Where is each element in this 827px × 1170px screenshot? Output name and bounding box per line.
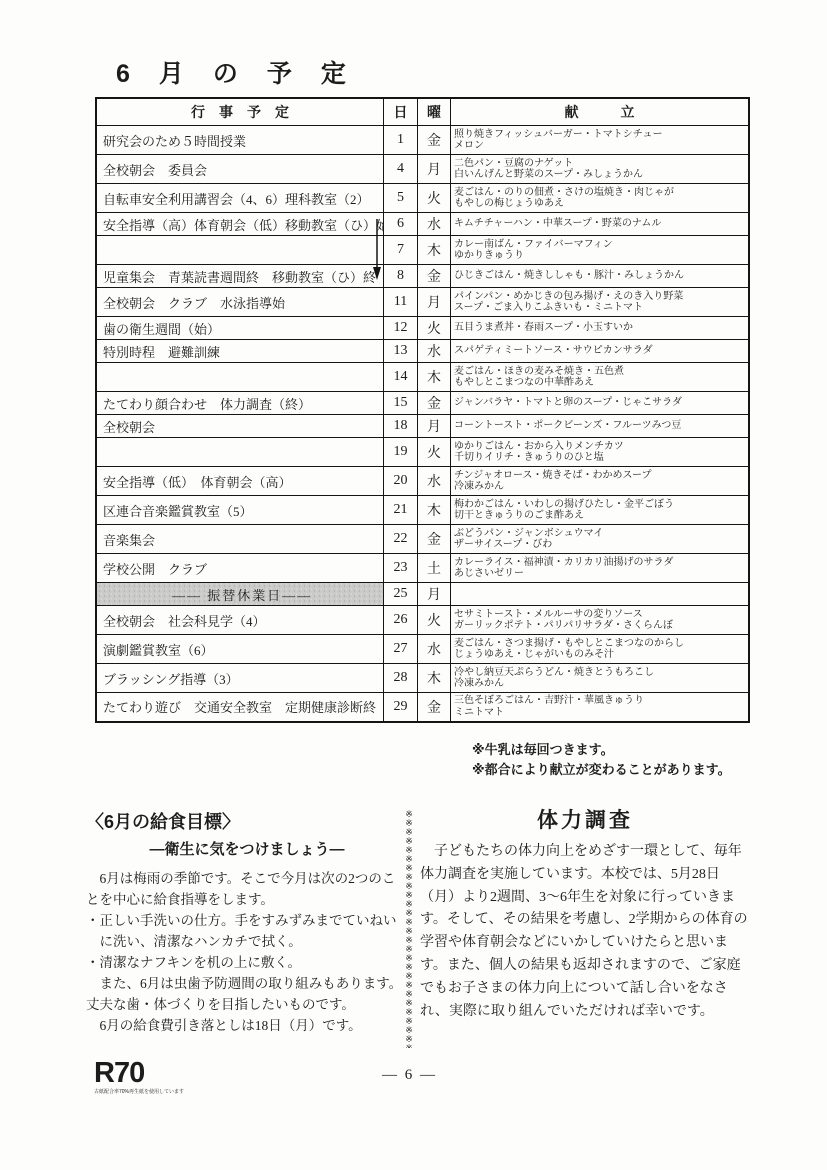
menu-cell: ジャンバラヤ・トマトと卵のスープ・じゃこサラダ: [451, 392, 750, 415]
menu-cell: 麦ごはん・ほきの麦みそ焼き・五色煮 もやしとこまつなの中華酢あえ: [451, 363, 750, 392]
schedule-table: 行 事 予 定 日 曜 献 立 研究会のため５時間授業 1 金 照り焼きフィッシ…: [95, 97, 750, 723]
table-row: 14 木 麦ごはん・ほきの麦みそ焼き・五色煮 もやしとこまつなの中華酢あえ: [96, 363, 749, 392]
weekday-cell: 金: [418, 265, 451, 288]
date-cell: 25: [384, 583, 418, 606]
menu-cell: 照り焼きフィッシュバーガー・トマトシチュー メロン: [451, 126, 750, 155]
note-menu-change: ※都合により献立が変わることがあります。: [472, 760, 731, 780]
date-cell: 19: [384, 438, 418, 467]
header-weekday: 曜: [418, 98, 451, 126]
event-cell: 自転車安全利用講習会（4、6）理科教室（2）: [96, 184, 384, 213]
event-cell: 全校朝会 委員会: [96, 155, 384, 184]
menu-cell: ゆかりごはん・おから入りメンチカツ 千切りイリチ・きゅうりのひと塩: [451, 438, 750, 467]
event-cell: 全校朝会 クラブ 水泳指導始: [96, 288, 384, 317]
goal-paragraph: また、6月は虫歯予防週間の取り組みもあります。丈夫な歯・体づくりを目指したいもの…: [86, 973, 408, 1015]
menu-cell: 五目うま煮丼・春雨スープ・小玉すいか: [451, 317, 750, 340]
header-day: 日: [384, 98, 418, 126]
event-cell: 演劇鑑賞教室（6）: [96, 635, 384, 664]
table-row: 自転車安全利用講習会（4、6）理科教室（2） 5 火 麦ごはん・のりの佃煮・さけ…: [96, 184, 749, 213]
menu-cell: 二色パン・豆腐のナゲット 白いんげんと野菜のスープ・みしょうかん: [451, 155, 750, 184]
event-cell: たてわり顔合わせ 体力調査（終）: [96, 392, 384, 415]
goal-bullet: ・正しい手洗いの仕方。手をすみずみまでていねいに洗い、清潔なハンカチで拭く。: [86, 910, 408, 952]
table-row: 歯の衛生週間（始） 12 火 五目うま煮丼・春雨スープ・小玉すいか: [96, 317, 749, 340]
lunch-goal-body: 6月は梅雨の季節です。そこで今月は次の2つのことを中心に給食指導をします。 ・正…: [86, 868, 408, 1036]
date-cell: 29: [384, 693, 418, 722]
menu-cell: チンジャオロース・焼きそば・わかめスープ 冷凍みかん: [451, 467, 750, 496]
table-row: 研究会のため５時間授業 1 金 照り焼きフィッシュバーガー・トマトシチュー メロ…: [96, 126, 749, 155]
table-row: 7 木 カレー南ばん・ファイバーマフィン ゆかりきゅうり: [96, 236, 749, 265]
weekday-cell: 金: [418, 525, 451, 554]
event-cell: [96, 236, 384, 265]
table-notes: ※牛乳は毎回つきます。 ※都合により献立が変わることがあります。: [472, 740, 731, 780]
menu-cell: カレー南ばん・ファイバーマフィン ゆかりきゅうり: [451, 236, 750, 265]
event-cell: 区連合音楽鑑賞教室（5）: [96, 496, 384, 525]
weekday-cell: 金: [418, 693, 451, 722]
menu-cell: 麦ごはん・さつま揚げ・もやしとこまつなのからし じょうゆあえ・じゃがいものみそ汁: [451, 635, 750, 664]
date-cell: 11: [384, 288, 418, 317]
event-cell: 児童集会 青葉読書週間終 移動教室（ひ）終: [96, 265, 384, 288]
weekday-cell: 火: [418, 438, 451, 467]
date-cell: 15: [384, 392, 418, 415]
schedule-table-wrap: 行 事 予 定 日 曜 献 立 研究会のため５時間授業 1 金 照り焼きフィッシ…: [95, 97, 741, 723]
table-row: 全校朝会 クラブ 水泳指導始 11 月 パインパン・めかじきの包み揚げ・えのき入…: [96, 288, 749, 317]
menu-cell: ぶどうパン・ジャンボシュウマイ ザーサイスープ・びわ: [451, 525, 750, 554]
event-cell: 安全指導（高）体育朝会（低）移動教室（ひ）始: [96, 213, 384, 236]
menu-cell: セサミトースト・メルルーサの変りソース ガーリックポテト・パリパリサラダ・さくら…: [451, 606, 750, 635]
weekday-cell: 水: [418, 213, 451, 236]
date-cell: 20: [384, 467, 418, 496]
holiday-cell: ―― 振替休業日――: [96, 583, 384, 606]
table-row: 特別時程 避難訓練 13 水 スパゲティミートソース・サウピカンサラダ: [96, 340, 749, 363]
event-cell: [96, 438, 384, 467]
event-cell: 全校朝会 社会科見学（4）: [96, 606, 384, 635]
recycle-logo: R70 古紙配合率70%再生紙を使用しています: [94, 1058, 234, 1095]
date-cell: 23: [384, 554, 418, 583]
menu-cell: カレーライス・福神漬・カリカリ油揚げのサラダ あじさいゼリー: [451, 554, 750, 583]
note-milk: ※牛乳は毎回つきます。: [472, 740, 731, 760]
weekday-cell: 火: [418, 317, 451, 340]
table-row: 演劇鑑賞教室（6） 27 水 麦ごはん・さつま揚げ・もやしとこまつなのからし じ…: [96, 635, 749, 664]
table-row: 音楽集会 22 金 ぶどうパン・ジャンボシュウマイ ザーサイスープ・びわ: [96, 525, 749, 554]
weekday-cell: 金: [418, 126, 451, 155]
page-number: — 6 —: [382, 1067, 437, 1084]
date-cell: 26: [384, 606, 418, 635]
weekday-cell: 木: [418, 664, 451, 693]
weekday-cell: 土: [418, 554, 451, 583]
date-cell: 1: [384, 126, 418, 155]
table-row: 安全指導（低） 体育朝会（高） 20 水 チンジャオロース・焼きそば・わかめスー…: [96, 467, 749, 496]
table-row: 全校朝会 18 月 コーントースト・ポークビーンズ・フルーツみつ豆: [96, 415, 749, 438]
fitness-survey-heading: 体力調査: [420, 804, 750, 834]
fitness-survey-section: 体力調査 子どもたちの体力向上をめざす一環として、毎年体力調査を実施しています。…: [420, 804, 750, 1023]
menu-cell: パインパン・めかじきの包み揚げ・えのき入り野菜 スープ・ごま入りこふきいも・ミニ…: [451, 288, 750, 317]
recycle-logo-subtext: 古紙配合率70%再生紙を使用しています: [94, 1088, 234, 1095]
weekday-cell: 木: [418, 363, 451, 392]
lunch-goal-subtitle: ―衛生に気をつけましょう―: [86, 838, 408, 859]
date-cell: 5: [384, 184, 418, 213]
weekday-cell: 月: [418, 288, 451, 317]
lunch-goal-section: 〈6月の給食目標〉 ―衛生に気をつけましょう― 6月は梅雨の季節です。そこで今月…: [86, 808, 408, 1036]
goal-paragraph: 6月の給食費引き落としは18日（月）です。: [86, 1015, 408, 1036]
table-row: 全校朝会 委員会 4 月 二色パン・豆腐のナゲット 白いんげんと野菜のスープ・み…: [96, 155, 749, 184]
event-cell: 歯の衛生週間（始）: [96, 317, 384, 340]
table-row: 児童集会 青葉読書週間終 移動教室（ひ）終 8 金 ひじきごはん・焼きししゃも・…: [96, 265, 749, 288]
weekday-cell: 木: [418, 236, 451, 265]
date-cell: 8: [384, 265, 418, 288]
table-row: たてわり顔合わせ 体力調査（終） 15 金 ジャンバラヤ・トマトと卵のスープ・じ…: [96, 392, 749, 415]
table-row: 学校公開 クラブ 23 土 カレーライス・福神漬・カリカリ油揚げのサラダ あじさ…: [96, 554, 749, 583]
menu-cell: ひじきごはん・焼きししゃも・豚汁・みしょうかん: [451, 265, 750, 288]
date-cell: 7: [384, 236, 418, 265]
menu-cell: 梅わかごはん・いわしの揚げひたし・金平ごぼう 切干ときゅうりのごま酢あえ: [451, 496, 750, 525]
menu-cell: 冷やし納豆天ぷらうどん・焼きとうもろこし 冷凍みかん: [451, 664, 750, 693]
weekday-cell: 火: [418, 606, 451, 635]
date-cell: 14: [384, 363, 418, 392]
goal-bullet: ・清潔なナフキンを机の上に敷く。: [86, 952, 408, 973]
menu-cell: [451, 583, 750, 606]
date-cell: 27: [384, 635, 418, 664]
date-cell: 12: [384, 317, 418, 340]
menu-cell: スパゲティミートソース・サウピカンサラダ: [451, 340, 750, 363]
lunch-goal-heading: 〈6月の給食目標〉: [86, 808, 408, 834]
date-cell: 4: [384, 155, 418, 184]
menu-cell: コーントースト・ポークビーンズ・フルーツみつ豆: [451, 415, 750, 438]
event-cell: [96, 363, 384, 392]
weekday-cell: 月: [418, 155, 451, 184]
table-row-holiday: ―― 振替休業日―― 25 月: [96, 583, 749, 606]
menu-cell: 三色そぼろごはん・吉野汁・華風きゅうり ミニトマト: [451, 693, 750, 722]
date-cell: 22: [384, 525, 418, 554]
menu-cell: 麦ごはん・のりの佃煮・さけの塩焼き・肉じゃが もやしの梅じょうゆあえ: [451, 184, 750, 213]
header-event: 行 事 予 定: [96, 98, 384, 126]
span-arrow-icon: [372, 219, 382, 281]
date-cell: 28: [384, 664, 418, 693]
fitness-survey-body: 子どもたちの体力向上をめざす一環として、毎年体力調査を実施しています。本校では、…: [420, 841, 750, 1023]
event-cell: 学校公開 クラブ: [96, 554, 384, 583]
event-cell: 音楽集会: [96, 525, 384, 554]
weekday-cell: 金: [418, 392, 451, 415]
event-cell: ブラッシング指導（3）: [96, 664, 384, 693]
table-row: 全校朝会 社会科見学（4） 26 火 セサミトースト・メルルーサの変りソース ガ…: [96, 606, 749, 635]
date-cell: 18: [384, 415, 418, 438]
table-header-row: 行 事 予 定 日 曜 献 立: [96, 98, 749, 126]
menu-cell: キムチチャーハン・中華スープ・野菜のナムル: [451, 213, 750, 236]
weekday-cell: 木: [418, 496, 451, 525]
goal-paragraph: 6月は梅雨の季節です。そこで今月は次の2つのことを中心に給食指導をします。: [86, 868, 408, 910]
event-cell: 全校朝会: [96, 415, 384, 438]
section-divider: ※※※※※※※※※※※※※※※※※※※※※※※※※※※: [403, 810, 415, 1048]
weekday-cell: 水: [418, 467, 451, 496]
recycle-logo-text: R70: [94, 1058, 234, 1088]
table-row: ブラッシング指導（3） 28 木 冷やし納豆天ぷらうどん・焼きとうもろこし 冷凍…: [96, 664, 749, 693]
weekday-cell: 月: [418, 415, 451, 438]
date-cell: 13: [384, 340, 418, 363]
event-cell: 研究会のため５時間授業: [96, 126, 384, 155]
event-cell: たてわり遊び 交通安全教室 定期健康診断終: [96, 693, 384, 722]
event-cell: 特別時程 避難訓練: [96, 340, 384, 363]
date-cell: 6: [384, 213, 418, 236]
table-row: 安全指導（高）体育朝会（低）移動教室（ひ）始 6 水 キムチチャーハン・中華スー…: [96, 213, 749, 236]
page-title: 6 月 の 予 定: [116, 54, 348, 90]
weekday-cell: 火: [418, 184, 451, 213]
table-row: 19 火 ゆかりごはん・おから入りメンチカツ 千切りイリチ・きゅうりのひと塩: [96, 438, 749, 467]
weekday-cell: 水: [418, 340, 451, 363]
event-cell: 安全指導（低） 体育朝会（高）: [96, 467, 384, 496]
header-menu: 献 立: [451, 98, 750, 126]
date-cell: 21: [384, 496, 418, 525]
weekday-cell: 水: [418, 635, 451, 664]
table-row: たてわり遊び 交通安全教室 定期健康診断終 29 金 三色そぼろごはん・吉野汁・…: [96, 693, 749, 722]
table-row: 区連合音楽鑑賞教室（5） 21 木 梅わかごはん・いわしの揚げひたし・金平ごぼう…: [96, 496, 749, 525]
weekday-cell: 月: [418, 583, 451, 606]
